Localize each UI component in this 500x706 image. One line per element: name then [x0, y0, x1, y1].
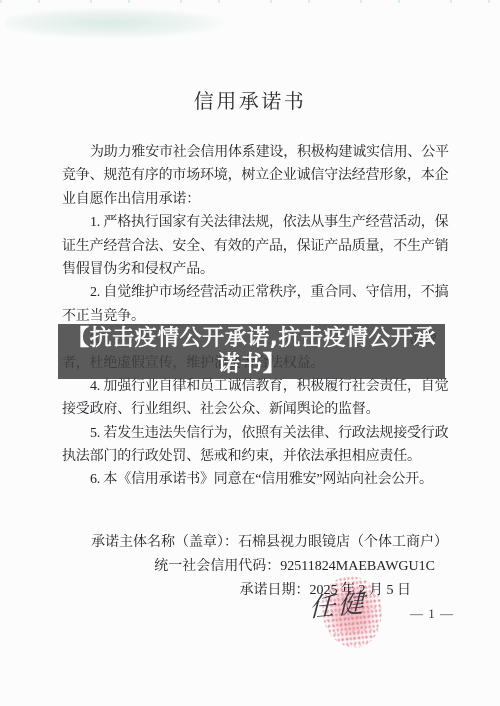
body-line: 接受政府、行业组织、社会公众、新闻舆论的监督。: [62, 398, 445, 421]
page-number: — 1 —: [404, 605, 460, 623]
document-body: 为助力雅安市社会信用体系建设，积极构建诚实信用、公平 竞争、规范有序的市场环境，…: [62, 141, 445, 492]
signature-block: 承诺主体名称（盖章）：石棉县视力眼镜店（个体工商户） 统一社会信用代码：9251…: [62, 531, 448, 603]
commitment-date-line: 承诺日期：2025 年 2 月 5 日: [62, 579, 448, 603]
promisor-name-line: 承诺主体名称（盖章）：石棉县视力眼镜店（个体工商户）: [62, 531, 448, 555]
caption-line-2: 诺书】: [58, 352, 445, 378]
scan-smudge: [5, 6, 240, 40]
body-line: 售假冒伪劣和侵权产品。: [62, 258, 445, 281]
body-line: 2. 自觉维护市场经营活动正常秩序，重合同、守信用，不搞: [62, 281, 445, 304]
document-title: 信用承诺书: [0, 90, 500, 114]
body-line: 为助力雅安市社会信用体系建设，积极构建诚实信用、公平: [62, 141, 445, 164]
body-line: 6. 本《信用承诺书》同意在“信用雅安”网站向社会公开。: [62, 468, 445, 491]
body-line: 证生产经营合法、安全、有效的产品，保证产品质量，不生产销: [62, 235, 445, 258]
body-line: 5. 若发生违法失信行为，依照有关法律、行政法规接受行政: [62, 422, 445, 445]
caption-overlay-band: 【抗击疫情公开承诺,抗击疫情公开承 诺书】: [58, 324, 445, 379]
credit-code-line: 统一社会信用代码：92511824MAEBAWGU1C: [62, 555, 448, 579]
body-line: 竞争、规范有序的市场环境，树立企业诚信守法经营形象，本企: [62, 164, 445, 187]
scan-edge-artifacts: [0, 0, 500, 3]
body-line: 1. 严格执行国家有关法律法规，依法从事生产经营活动，保: [62, 211, 445, 234]
handwritten-signature: 任健: [309, 588, 367, 623]
body-line: 执法部门的行政处罚、惩戒和约束，并依法承担相应责任。: [62, 445, 445, 468]
caption-line-1: 【抗击疫情公开承诺,抗击疫情公开承: [58, 326, 445, 352]
body-line: 业自愿作出信用承诺：: [62, 188, 445, 211]
scanned-document-page: 信用承诺书 为助力雅安市社会信用体系建设，积极构建诚实信用、公平 竞争、规范有序…: [0, 0, 500, 706]
